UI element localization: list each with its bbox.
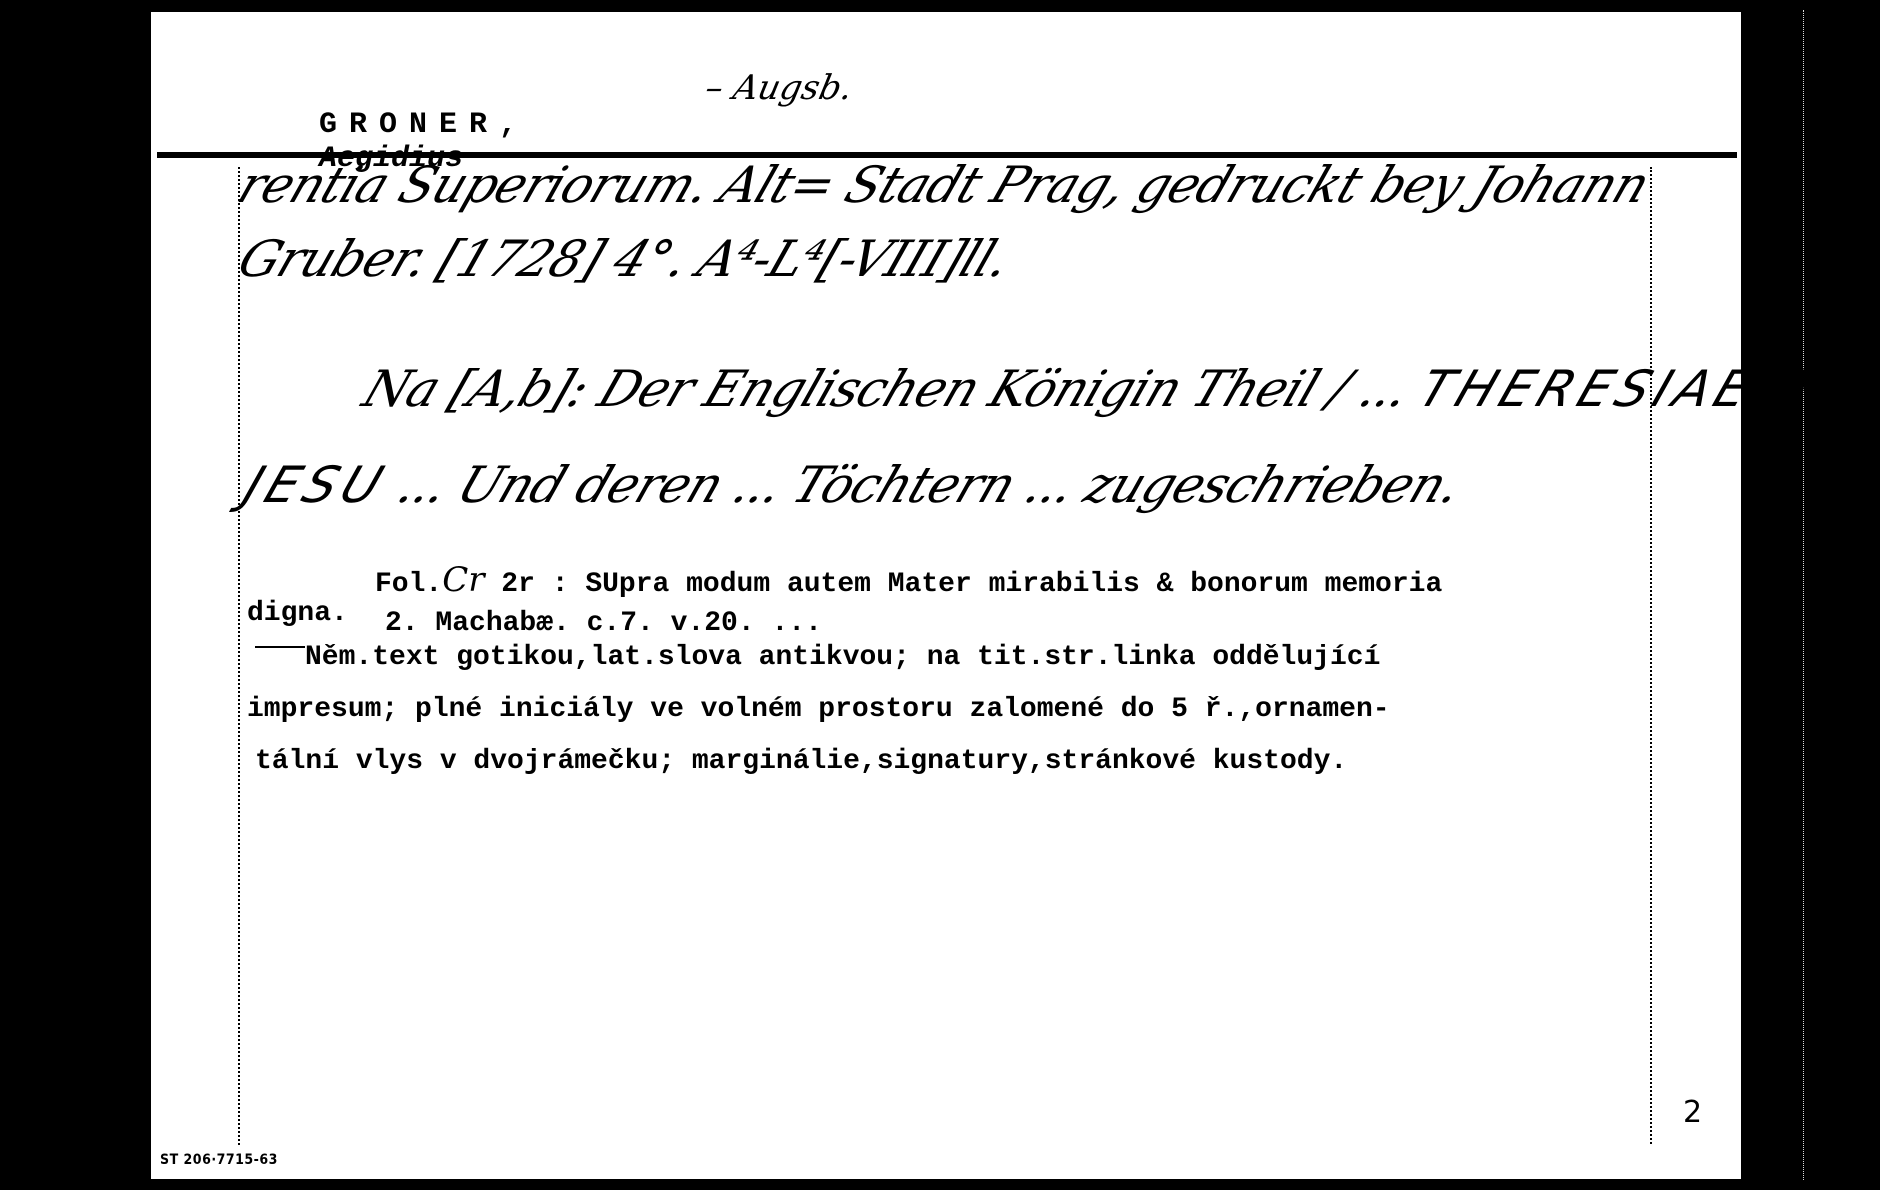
note-line-2: impresum; plné iniciály ve volném prosto… [247,694,1390,725]
handwritten-imprint-line-1: rentia Superiorum. Alt= Stadt Prag, gedr… [232,160,1656,210]
handwritten-dedication-line-2: JESU ... Und deren ... Töchtern ... zuge… [238,460,1468,510]
citation-text: 2. Machabæ. c.7. v.20. ... [385,608,822,639]
dedication-caps-text-2: JESU [236,456,396,514]
form-identifier: ST 206·7715-63 [160,1152,278,1168]
heading-separator: , [499,108,517,142]
note-line-1-text: Něm.text gotikou,lat.slova antikvou; na … [305,642,1380,673]
fol-quote: 2r : SUpra modum autem Mater mirabilis &… [485,569,1443,600]
note-dash [255,646,305,648]
handwritten-dedication-line-1: Na [A,b]: Der Englischen Königin Theil /… [357,364,1825,414]
fol-line: Fol.Cr 2r : SUpra modum autem Mater mira… [375,560,1442,600]
fol-prefix: Fol. [375,569,442,600]
dedication-script-text-2: ... Und deren ... Töchtern ... zugeschri… [375,456,1469,514]
heading-annotation: – Augsb. [702,68,857,108]
author-surname: GRONER [319,108,499,142]
fol-handwritten-mark: Cr [442,560,484,600]
scan-artifact-line [1803,10,1804,1180]
dedication-caps-text: THERESIAE A [1411,360,1827,418]
digna-text: digna. [247,598,348,629]
handwritten-imprint-line-2: Gruber. [1728] 4°. A⁴-L⁴[-VIII]ll. [232,234,1017,284]
note-line-1: Něm.text gotikou,lat.slova antikvou; na … [255,642,1380,673]
left-margin-dotted-line [238,167,240,1145]
catalog-card: GRONER, Aegidius – Augsb. rentia Superio… [151,12,1741,1179]
page-number: 2 [1683,1095,1702,1130]
note-line-3: tální vlys v dvojrámečku; marginálie,sig… [255,746,1347,777]
right-margin-dotted-line [1650,167,1652,1144]
dedication-script-text: Na [A,b]: Der Englischen Königin Theil /… [355,360,1432,418]
